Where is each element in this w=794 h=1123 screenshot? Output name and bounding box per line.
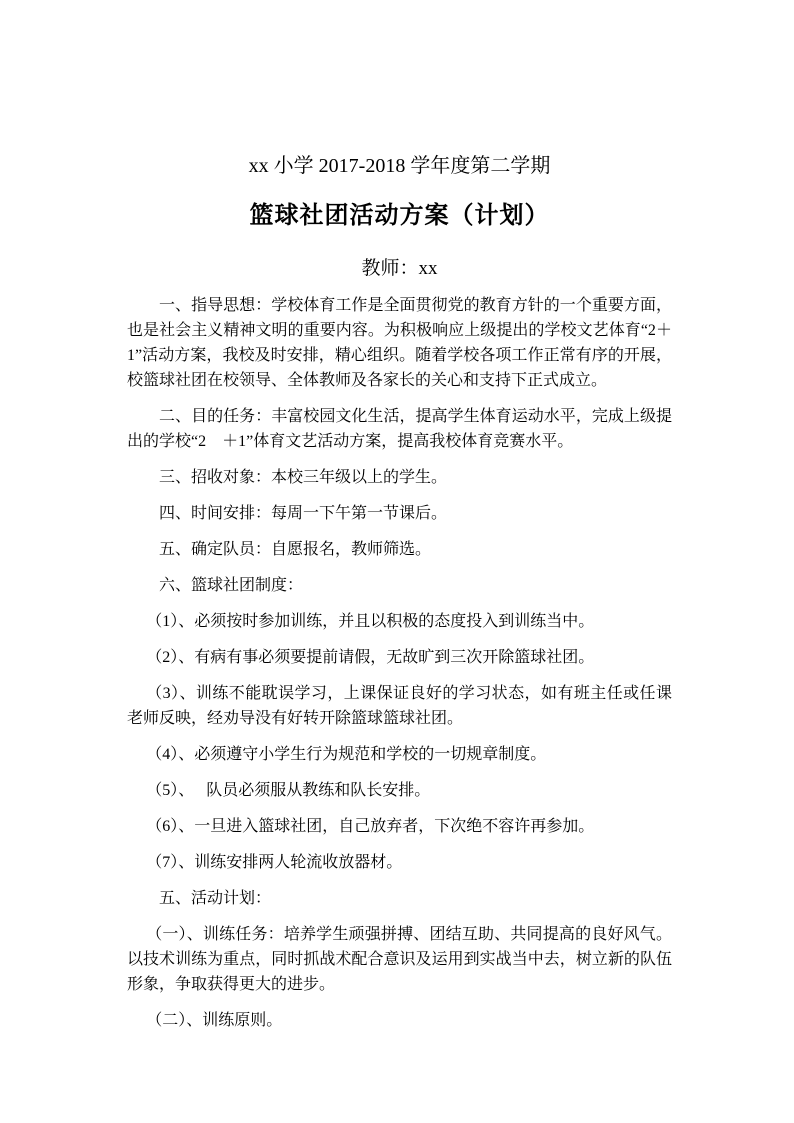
para-time-schedule: 四、时间安排：每周一下午第一节课后。 xyxy=(127,501,672,526)
plan-item-2-training-principle: （二）、训练原则。 xyxy=(127,1008,672,1033)
document-title: 篮球社团活动方案（计划） xyxy=(127,198,672,234)
rule-item-3: （3）、训练不能耽误学习，上课保证良好的学习状态，如有班主任或任课老师反映，经劝… xyxy=(127,681,672,731)
para-activity-plan-heading: 五、活动计划： xyxy=(127,886,672,911)
para-purpose-task: 二、目的任务：丰富校园文化生活，提高学生体育运动水平，完成上级提出的学校“2 ＋… xyxy=(127,404,672,454)
para-club-rules-heading: 六、篮球社团制度： xyxy=(127,573,672,598)
rule-item-4: （4）、必须遵守小学生行为规范和学校的一切规章制度。 xyxy=(127,742,672,767)
rule-item-5: （5）、 队员必须服从教练和队长安排。 xyxy=(127,778,672,803)
para-recruit-target: 三、招收对象：本校三年级以上的学生。 xyxy=(127,465,672,490)
rule-item-2: （2）、有病有事必须要提前请假，无故旷到三次开除篮球社团。 xyxy=(127,645,672,670)
rule-item-6: （6）、一旦进入篮球社团，自己放弃者，下次绝不容许再参加。 xyxy=(127,814,672,839)
teacher-line: 教师：xx xyxy=(127,256,672,282)
document-page: xx 小学 2017-2018 学年度第二学期 篮球社团活动方案（计划） 教师：… xyxy=(0,0,794,1123)
rule-item-7: （7）、训练安排两人轮流收放器材。 xyxy=(127,850,672,875)
para-guiding-ideology: 一、指导思想：学校体育工作是全面贯彻党的教育方针的一个重要方面，也是社会主义精神… xyxy=(127,293,672,393)
rule-item-1: （1）、必须按时参加训练，并且以积极的态度投入到训练当中。 xyxy=(127,609,672,634)
plan-item-1-training-task: （一）、训练任务：培养学生顽强拼搏、团结互助、共同提高的良好风气。以技术训练为重… xyxy=(127,922,672,997)
school-term-line: xx 小学 2017-2018 学年度第二学期 xyxy=(127,152,672,180)
document-body: 一、指导思想：学校体育工作是全面贯彻党的教育方针的一个重要方面，也是社会主义精神… xyxy=(127,293,672,1033)
para-team-selection: 五、确定队员：自愿报名，教师筛选。 xyxy=(127,537,672,562)
